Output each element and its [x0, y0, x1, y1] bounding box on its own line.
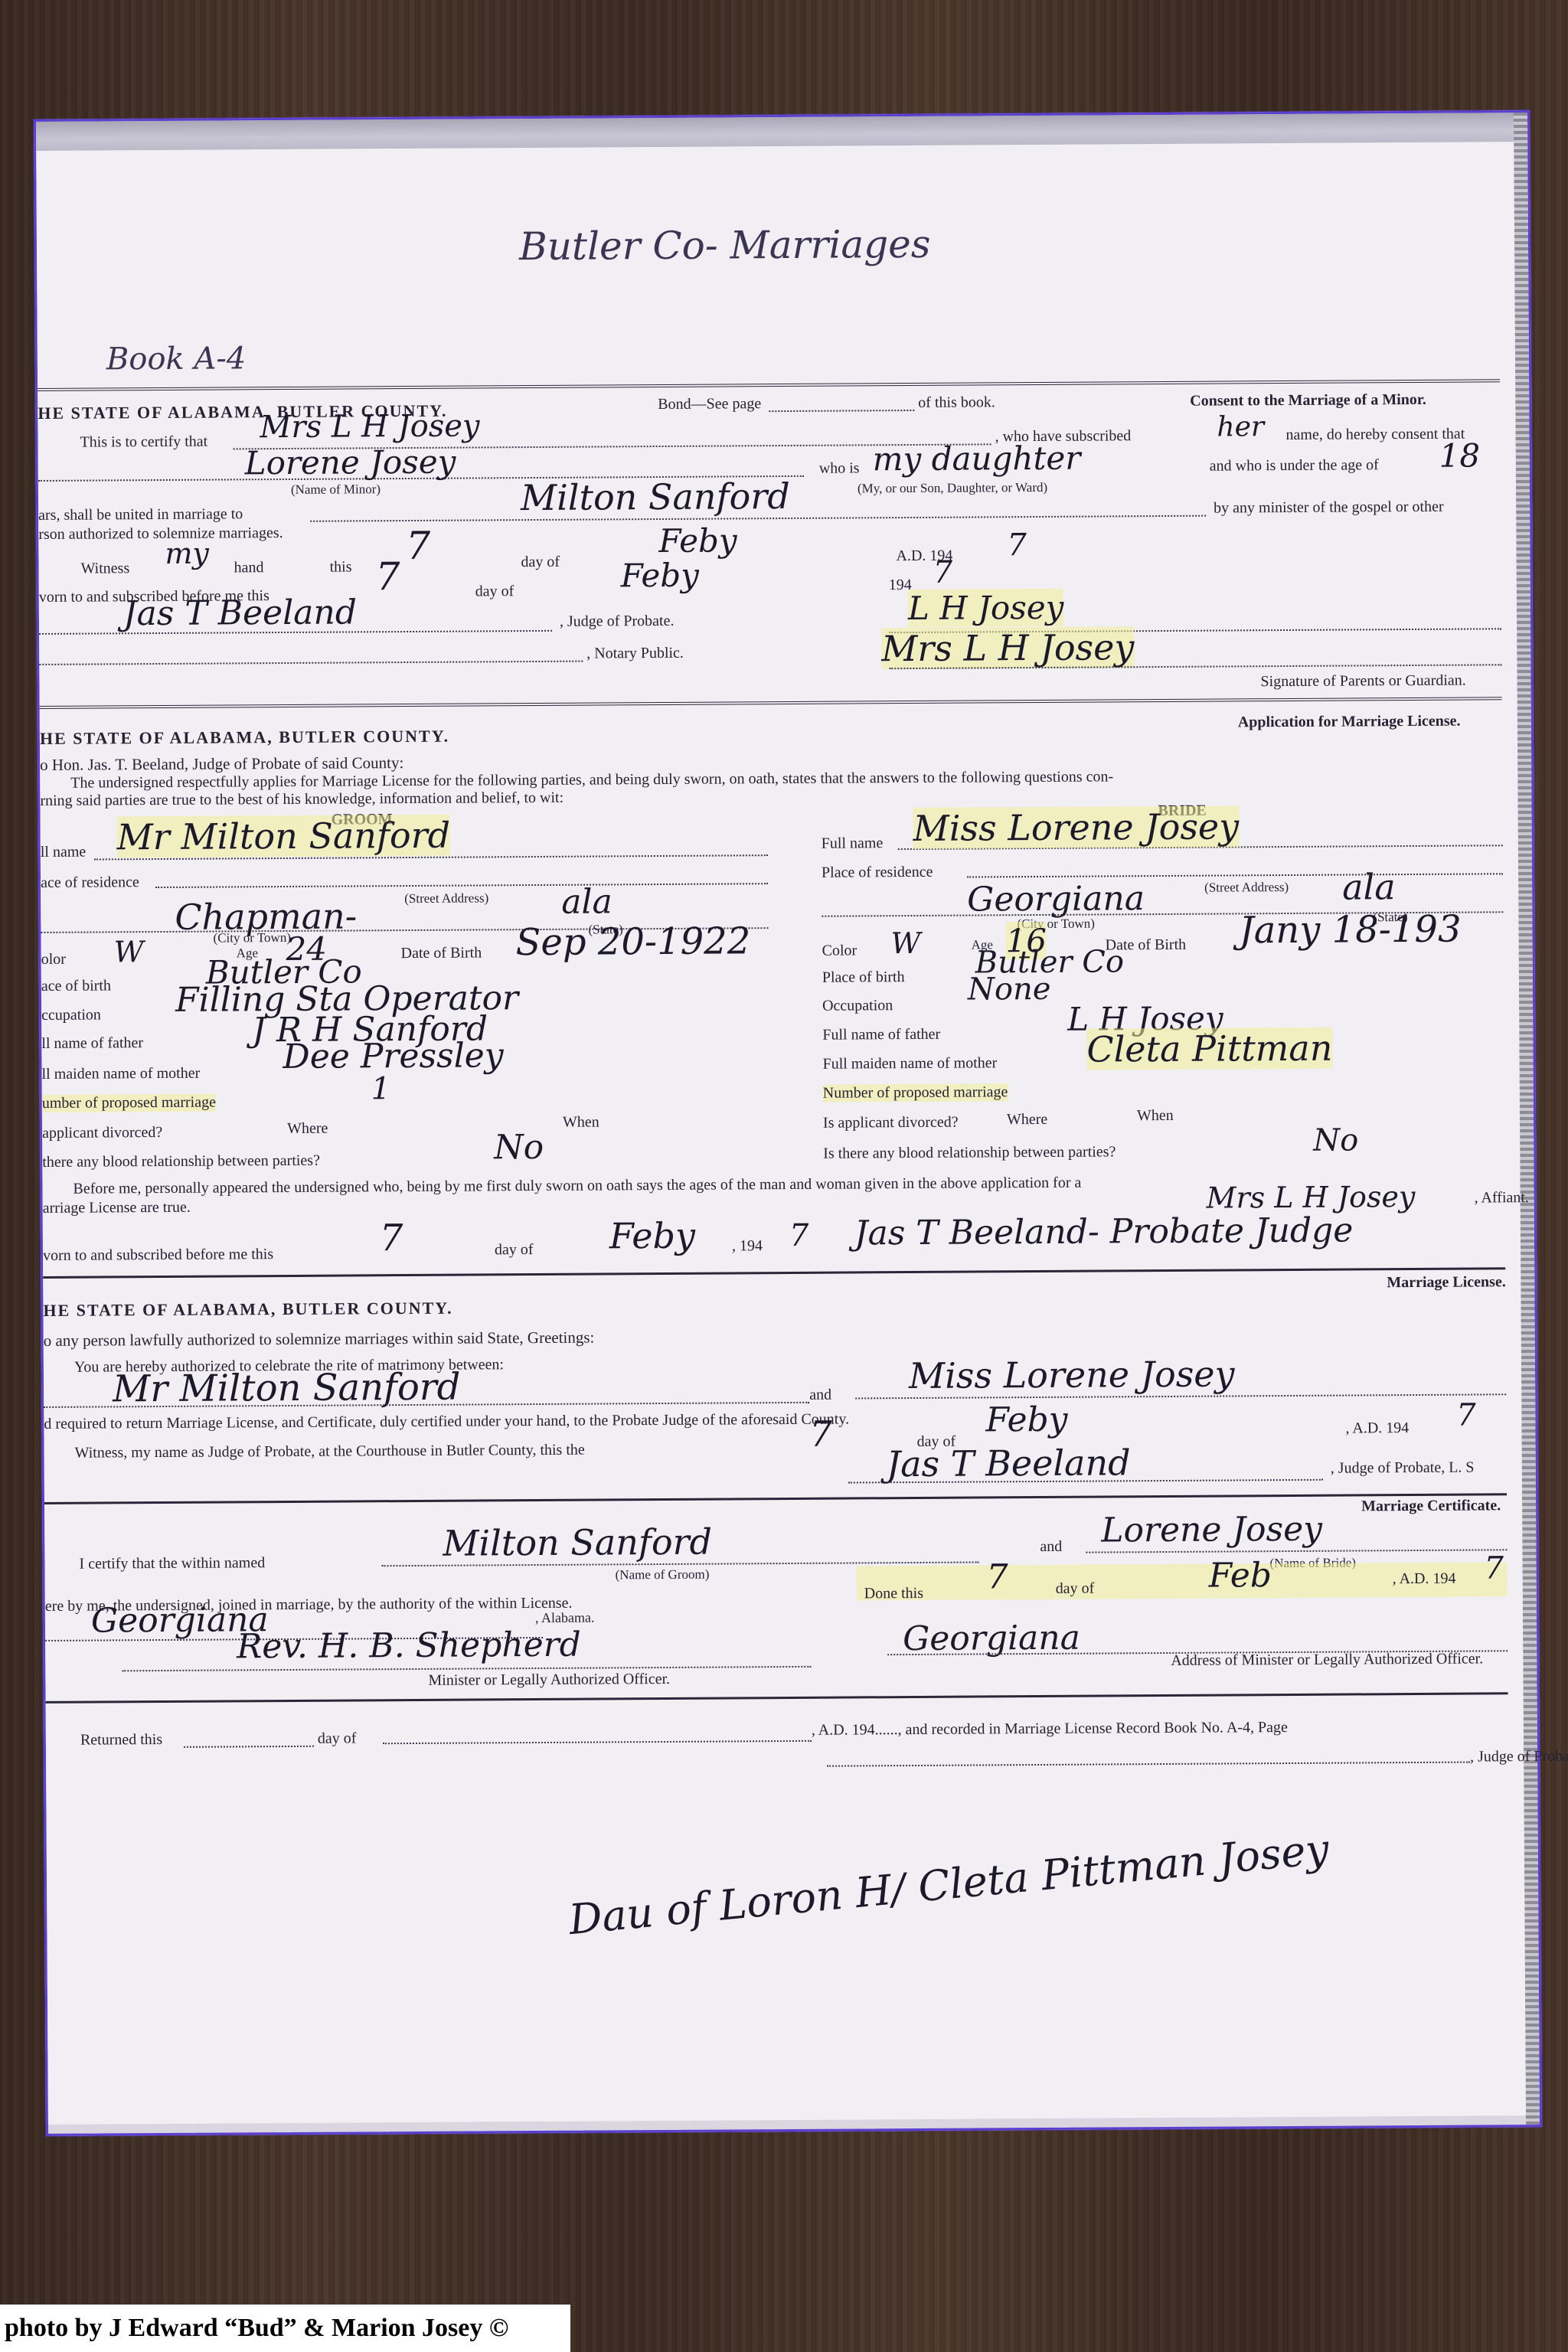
notary-label: , Notary Public. — [586, 645, 684, 663]
bride-city: Georgiana — [967, 879, 1145, 919]
done-day-of-label: day of — [1056, 1580, 1095, 1598]
witness-day-of-label: day of — [521, 554, 560, 571]
alabama-label: , Alabama. — [535, 1610, 595, 1626]
groom-residence-field — [155, 883, 768, 888]
bride-residence-label: Place of residence — [822, 864, 933, 882]
certificate-certify-label: I certify that the within named — [79, 1554, 265, 1573]
witness-month: Feby — [658, 521, 737, 560]
hand-label: hand — [234, 559, 263, 577]
returned-day-of-label: day of — [318, 1730, 357, 1747]
license-heading: HE STATE OF ALABAMA, BUTLER COUNTY. — [43, 1298, 452, 1321]
done-ad-label: , A.D. 194 — [1393, 1570, 1456, 1589]
certify-label: This is to certify that — [80, 433, 207, 452]
witness-year-digit: 7 — [1007, 528, 1027, 563]
oath-line-2: arriage License are true. — [43, 1199, 191, 1217]
groom-marriage-num: 1 — [371, 1071, 391, 1106]
certificate-bride: Lorene Josey — [1101, 1510, 1322, 1550]
groom-blood: No — [494, 1128, 544, 1167]
section-divider — [38, 379, 1500, 391]
address-label: Address of Minister or Legally Authorize… — [1171, 1650, 1483, 1669]
judge-signature-consent: Jas T Beeland — [123, 593, 357, 633]
photo-credit-watermark: photo by J Edward “Bud” & Marion Josey © — [0, 2305, 570, 2352]
probate-judge-field — [827, 1762, 1470, 1767]
certificate-groom: Milton Sanford — [443, 1521, 712, 1564]
bride-when-label: When — [1137, 1107, 1174, 1125]
notary-line — [39, 661, 583, 665]
bride-name-label: Full name — [822, 835, 884, 852]
bride-blood-label: Is there any blood relationship between … — [823, 1143, 1116, 1162]
bride-dob: Jany 18-193 — [1239, 908, 1461, 952]
bond-label: Bond—See page — [658, 395, 761, 413]
bride-state: ala — [1342, 866, 1396, 907]
done-year-digit: 7 — [1484, 1550, 1504, 1586]
groom-occupation-label: ccupation — [41, 1006, 101, 1024]
returned-month-field — [383, 1740, 812, 1744]
bride-mother-label: Full maiden name of mother — [822, 1054, 997, 1073]
document-sleeve: Butler Co- Marriages Book A-4 HE STATE O… — [34, 110, 1542, 2136]
witness-value: my — [165, 537, 209, 570]
app-day-of-label: day of — [495, 1241, 534, 1259]
app-sworn-label: vorn to and subscribed before me this — [43, 1246, 273, 1265]
groom-name-caption: (Name of Groom) — [616, 1567, 710, 1583]
greeting-line: o any person lawfully authorized to sole… — [44, 1328, 595, 1351]
relation-caption: (My, or our Son, Daughter, or Ward) — [857, 480, 1047, 497]
license-judge-label: , Judge of Probate, L. S — [1331, 1459, 1475, 1478]
license-and-label: and — [809, 1387, 831, 1404]
done-month: Feb — [1208, 1556, 1272, 1596]
license-ad-label: , A.D. 194 — [1345, 1419, 1409, 1438]
groom-blood-label: there any blood relationship between par… — [42, 1152, 320, 1171]
affiant-signature: Mrs L H Josey — [1206, 1180, 1415, 1215]
to-judge-line: o Hon. Jas. T. Beeland, Judge of Probate… — [40, 753, 403, 775]
section-divider — [43, 1267, 1505, 1279]
probate-judge-label: , Judge of Probat — [1470, 1748, 1568, 1766]
license-title: Marriage License. — [1387, 1273, 1506, 1292]
header-annotation: Butler Co- Marriages — [519, 222, 931, 269]
groom-residence-label: ace of residence — [41, 874, 139, 892]
groom-dob-label: Date of Birth — [401, 944, 482, 962]
groom-marriage-num-label: umber of proposed marriage — [42, 1094, 216, 1112]
groom-mother: Dee Pressley — [283, 1036, 503, 1076]
this-label: this — [329, 558, 351, 576]
bride-birthplace-label: Place of birth — [822, 969, 905, 987]
done-day: 7 — [986, 1557, 1008, 1596]
license-year-digit: 7 — [1456, 1398, 1476, 1433]
app-sworn-month: Feby — [609, 1215, 695, 1257]
bride-residence-field — [967, 873, 1503, 877]
done-label: Done this — [864, 1585, 923, 1602]
groom-city-caption: (City or Town) — [213, 930, 291, 946]
groom-where-label: Where — [287, 1120, 328, 1138]
witness-day: 7 — [406, 524, 430, 568]
groom-when-label: When — [563, 1114, 599, 1132]
parent-signature-2: Mrs L H Josey — [881, 626, 1135, 669]
minister-label: by any minister of the gospel or other — [1214, 498, 1444, 518]
application-intro-2: rning said parties are true to the best … — [40, 789, 563, 810]
bride-color: W — [890, 926, 920, 960]
united-label: ars, shall be united in marriage to — [38, 505, 243, 524]
groom-state: ala — [561, 882, 612, 921]
bride-color-label: Color — [822, 942, 857, 959]
bride-street-caption: (Street Address) — [1204, 880, 1289, 896]
bond-suffix: of this book. — [918, 394, 995, 412]
certify-value: Mrs L H Josey — [260, 408, 479, 445]
groom-street-caption: (Street Address) — [404, 890, 488, 906]
license-day: 7 — [809, 1413, 832, 1455]
bond-page-field — [769, 410, 914, 412]
parent-signature-1: L H Josey — [908, 589, 1064, 627]
minister-label: Minister or Legally Authorized Officer. — [428, 1671, 670, 1690]
groom-color: W — [113, 935, 143, 969]
section-divider — [40, 697, 1502, 709]
bride-blood: No — [1313, 1122, 1358, 1158]
groom-father-label: ll name of father — [41, 1034, 143, 1053]
certificate-and-label: and — [1040, 1538, 1062, 1556]
bride-divorced-label: Is applicant divorced? — [823, 1114, 959, 1132]
consent-title: Consent to the Marriage of a Minor. — [1190, 391, 1426, 410]
sworn-year-digit: 7 — [933, 555, 952, 590]
groom-dob: Sep 20-1922 — [515, 920, 750, 964]
bride-occupation: None — [968, 972, 1051, 1008]
minor-name-value: Lorene Josey — [245, 443, 456, 482]
sworn-day-of-label: day of — [475, 583, 514, 600]
bride-occupation-label: Occupation — [822, 997, 893, 1015]
section-divider — [46, 1692, 1508, 1704]
under-age-value: 18 — [1439, 436, 1481, 474]
license-witness-line: Witness, my name as Judge of Probate, at… — [75, 1442, 585, 1462]
app-sworn-day: 7 — [380, 1217, 403, 1259]
license-month: Feby — [985, 1400, 1067, 1440]
minister-signature-field — [122, 1666, 811, 1671]
bride-mother: Cleta Pittman — [1086, 1027, 1332, 1070]
sworn-month: Feby — [620, 557, 699, 595]
certificate-title: Marriage Certificate. — [1361, 1497, 1501, 1515]
parents-label: Signature of Parents or Guardian. — [1260, 672, 1465, 691]
oath-line-1: Before me, personally appeared the under… — [73, 1174, 1081, 1198]
application-title: Application for Marriage License. — [1238, 713, 1461, 732]
license-judge-signature: Jas T Beeland — [887, 1442, 1131, 1485]
witness-label: Witness — [80, 560, 129, 577]
pronoun-value: her — [1217, 411, 1264, 443]
returned-day-field — [184, 1746, 314, 1748]
groom-name: Mr Milton Sanford — [117, 815, 451, 858]
footer-annotation: Dau of Loron H/ Cleta Pittman Josey — [567, 1824, 1331, 1944]
marriage-record-page: Butler Co- Marriages Book A-4 HE STATE O… — [36, 142, 1526, 2125]
consent-phrase: name, do hereby consent that — [1285, 426, 1465, 444]
bride-name: Miss Lorene Josey — [913, 805, 1239, 849]
app-year-label: , 194 — [732, 1237, 763, 1255]
authorized-label: rson authorized to solemnize marriages. — [38, 524, 283, 544]
groom-divorced-label: applicant divorced? — [42, 1124, 162, 1142]
groom-birthplace-label: ace of birth — [41, 977, 111, 995]
bride-father-label: Full name of father — [822, 1026, 940, 1044]
groom-color-label: olor — [41, 951, 66, 969]
app-judge-signature: Jas T Beeland- Probate Judge — [854, 1210, 1354, 1253]
returned-label: Returned this — [80, 1731, 162, 1749]
relation-value: my daughter — [873, 439, 1081, 479]
groom-in-consent: Milton Sanford — [521, 475, 790, 518]
recorded-line: , A.D. 194......, and recorded in Marria… — [812, 1719, 1288, 1739]
section-divider — [44, 1493, 1507, 1504]
groom-name-label: ll name — [41, 844, 87, 861]
app-year-digit: 7 — [789, 1218, 809, 1253]
license-bride: Miss Lorene Josey — [909, 1353, 1235, 1396]
return-line: d required to return Marriage License, a… — [44, 1411, 849, 1433]
under-age-label: and who is under the age of — [1210, 456, 1379, 475]
book-annotation: Book A-4 — [106, 341, 247, 377]
bride-marriage-num-label: Number of proposed marriage — [823, 1083, 1008, 1102]
minor-name-caption: (Name of Minor) — [291, 482, 381, 498]
application-heading: HE STATE OF ALABAMA, BUTLER COUNTY. — [40, 727, 449, 749]
judge-label-consent: , Judge of Probate. — [560, 612, 675, 631]
who-is-label: who is — [819, 459, 860, 477]
bride-where-label: Where — [1007, 1111, 1047, 1129]
groom-mother-label: ll maiden name of mother — [42, 1065, 201, 1083]
minister-signature: Rev. H. B. Shepherd — [237, 1625, 581, 1667]
affiant-label: , Affiant. — [1475, 1189, 1529, 1207]
sworn-day: 7 — [375, 554, 400, 599]
